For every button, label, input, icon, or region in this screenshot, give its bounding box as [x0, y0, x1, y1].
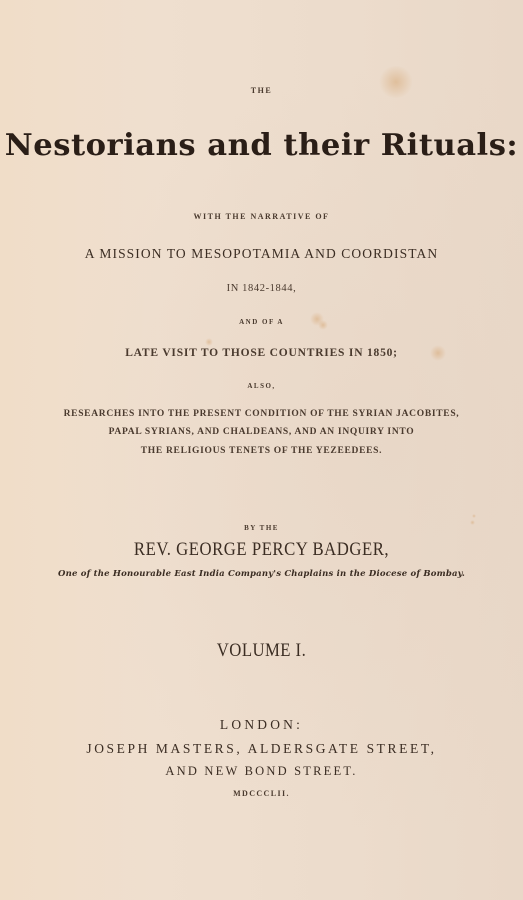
foxing-spot [472, 514, 476, 518]
volume-number: VOLUME I. [31, 640, 491, 662]
mission-line: A MISSION TO MESOPOTAMIA AND COORDISTAN [0, 246, 523, 262]
imprint-date: MDCCCLII. [0, 789, 523, 798]
imprint-city: LONDON: [0, 717, 523, 733]
narrative-intro: WITH THE NARRATIVE OF [0, 212, 523, 221]
title-article: THE [0, 86, 523, 95]
researches-line-3: THE RELIGIOUS TENETS OF THE YEZEEDEES. [0, 446, 523, 456]
imprint-publisher: JOSEPH MASTERS, ALDERSGATE STREET, [0, 741, 523, 757]
main-title: Nestorians and their Rituals: [0, 128, 523, 163]
author-title: One of the Honourable East India Company… [0, 569, 523, 579]
researches-line-2: PAPAL SYRIANS, AND CHALDEANS, AND AN INQ… [0, 427, 523, 437]
and-of-a: AND OF A [0, 318, 523, 326]
also-label: ALSO, [0, 382, 523, 390]
by-the: BY THE [0, 524, 523, 532]
author-name: REV. GEORGE PERCY BADGER, [31, 539, 491, 561]
researches-line-1: RESEARCHES INTO THE PRESENT CONDITION OF… [0, 409, 523, 419]
imprint-address: AND NEW BOND STREET. [0, 764, 523, 779]
mission-years: IN 1842-1844, [0, 283, 523, 294]
book-title-page: THE Nestorians and their Rituals: WITH T… [0, 0, 523, 900]
late-visit-line: LATE VISIT TO THOSE COUNTRIES IN 1850; [0, 347, 523, 359]
foxing-spot [205, 338, 213, 346]
